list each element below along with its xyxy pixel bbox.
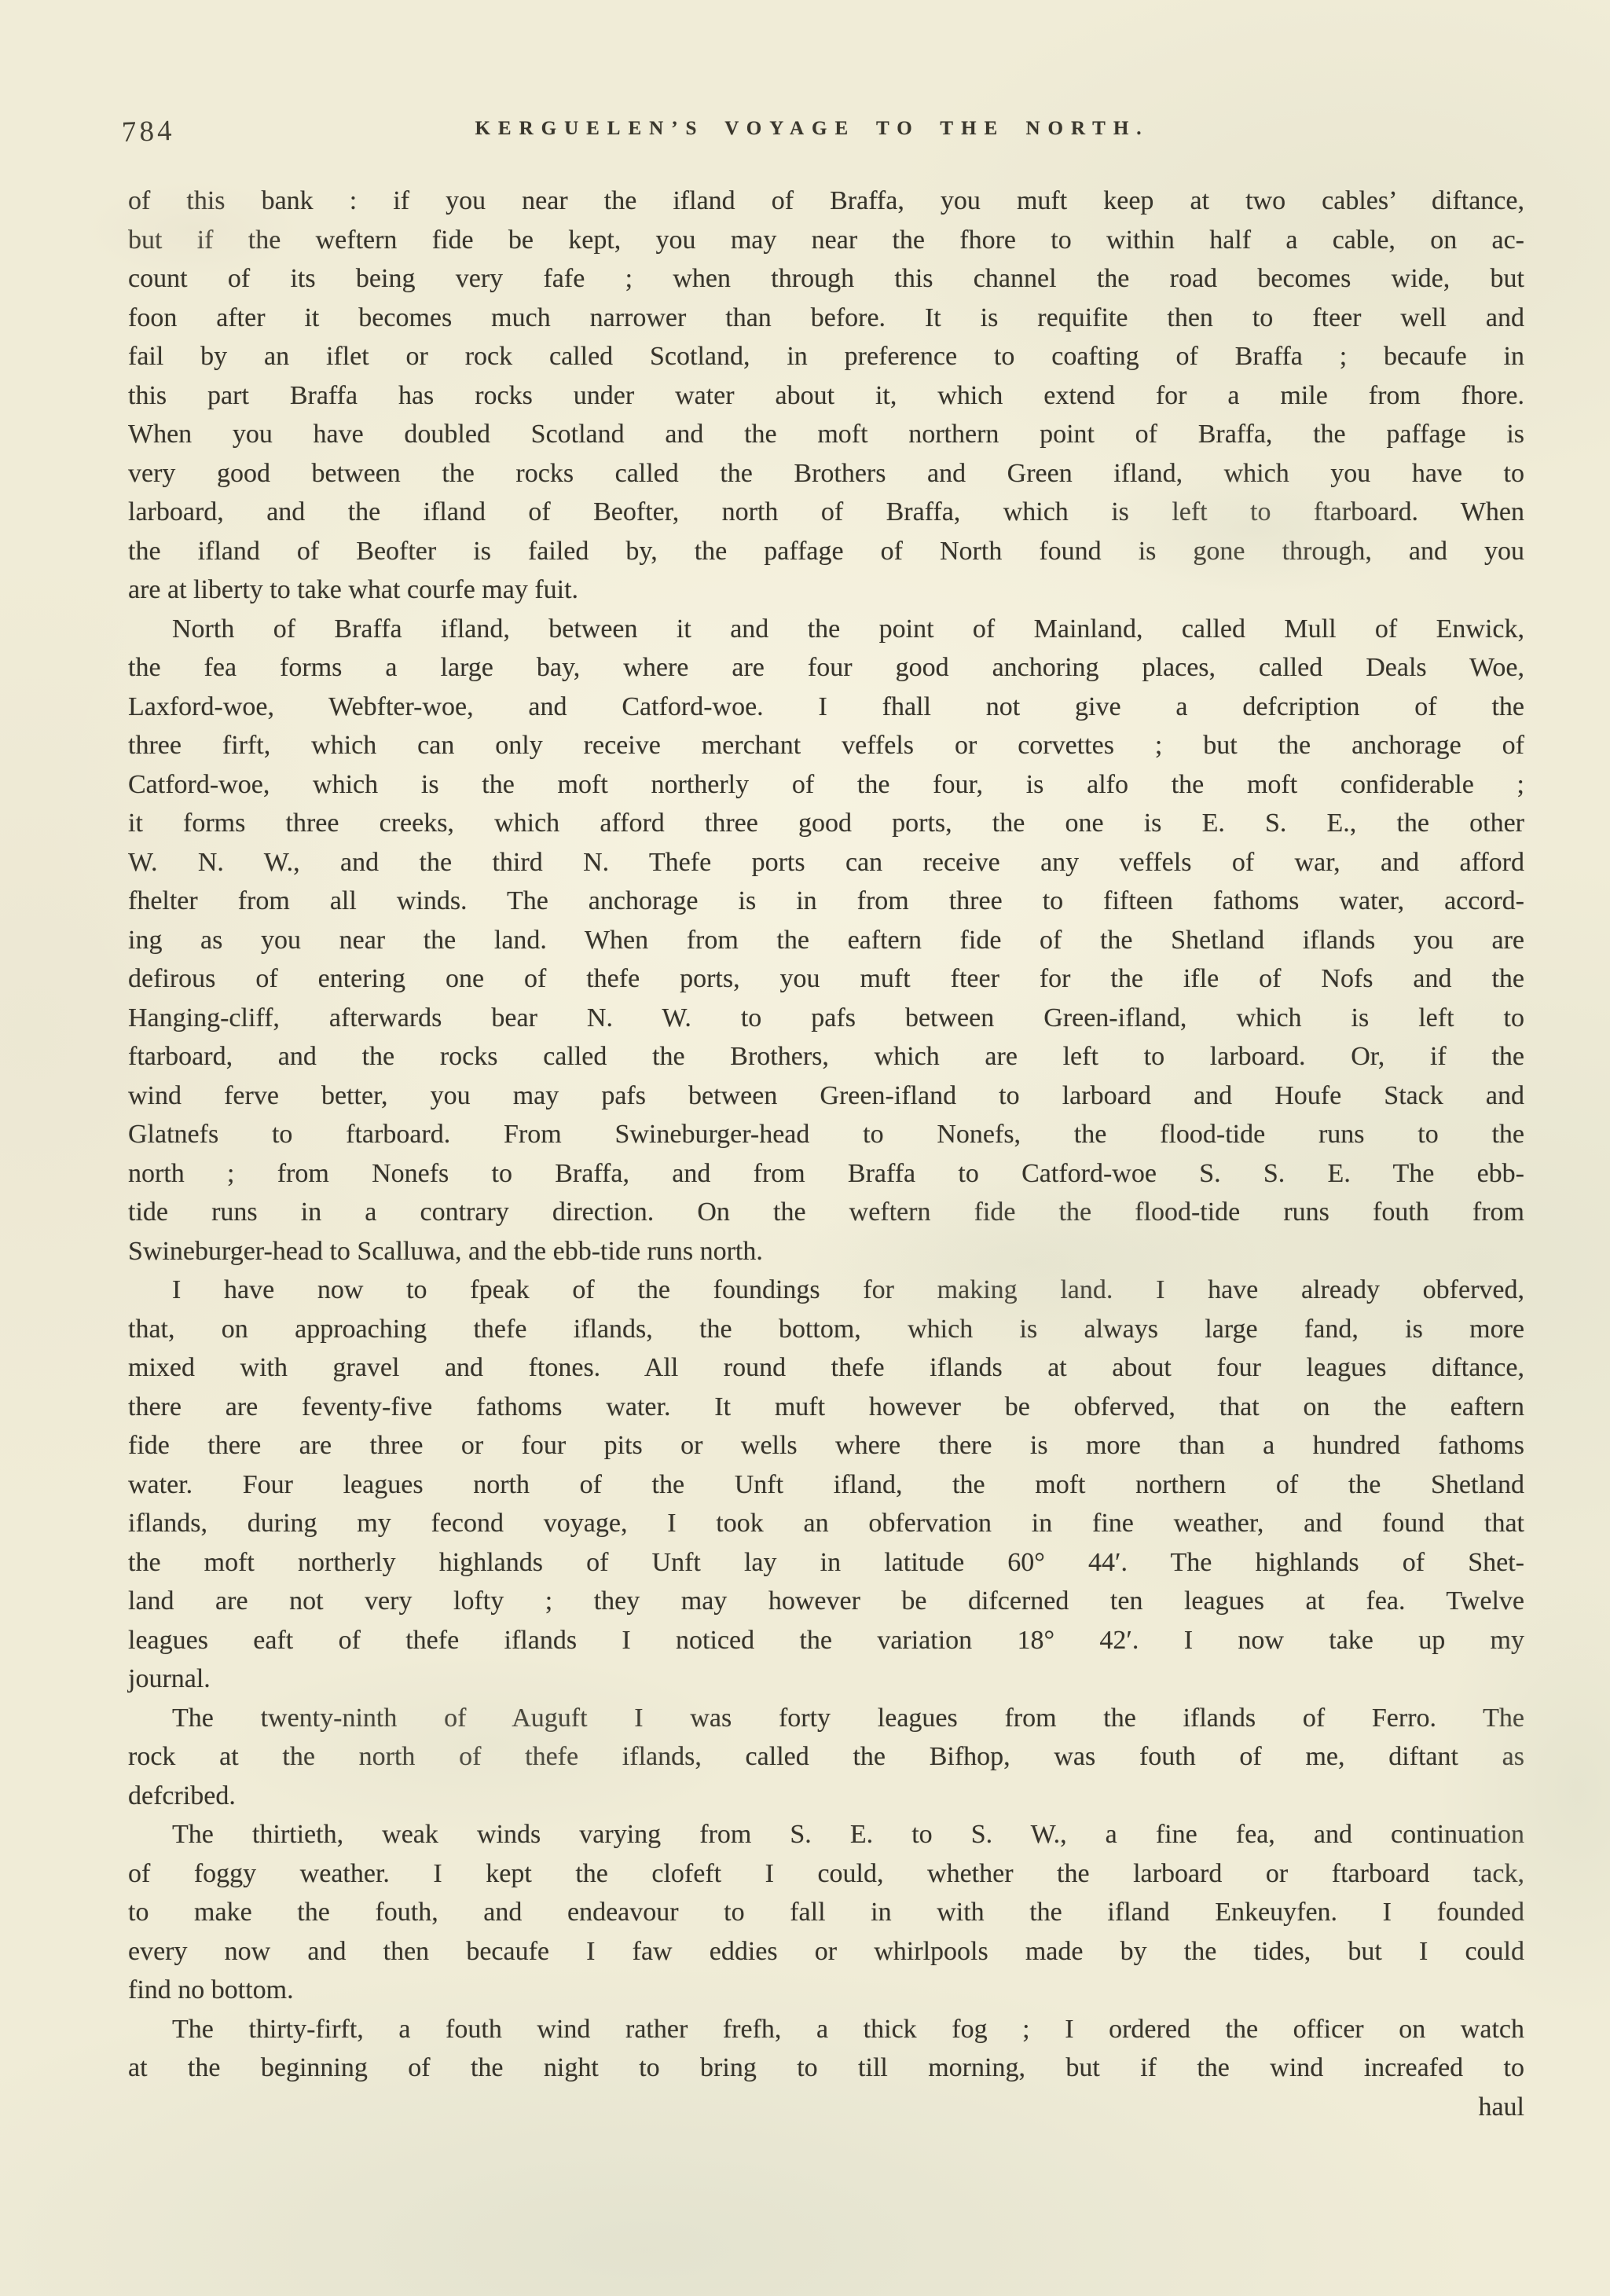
text-line: W. N. W., and the third N. Thefe ports c… bbox=[128, 843, 1524, 882]
text-line: every now and then becaufe I faw eddies … bbox=[128, 1932, 1524, 1971]
text-line: rock at the north of thefe iflands, call… bbox=[128, 1737, 1524, 1777]
paragraphs-container: of this bank : if you near the ifland of… bbox=[128, 182, 1524, 2088]
text-line: of this bank : if you near the ifland of… bbox=[128, 182, 1524, 221]
text-line: the fea forms a large bay, where are fou… bbox=[128, 648, 1524, 688]
text-line: foon after it becomes much narrower than… bbox=[128, 299, 1524, 338]
page-header: 784 KERGUELEN’S VOYAGE TO THE NORTH. bbox=[128, 110, 1524, 154]
text-line: wind ferve better, you may pafs between … bbox=[128, 1076, 1524, 1116]
paragraph: The twenty-ninth of Auguft I was forty l… bbox=[128, 1699, 1524, 1816]
text-line: to make the fouth, and endeavour to fall… bbox=[128, 1893, 1524, 1932]
text-line: ing as you near the land. When from the … bbox=[128, 921, 1524, 960]
running-title: KERGUELEN’S VOYAGE TO THE NORTH. bbox=[114, 118, 1510, 140]
text-line: larboard, and the ifland of Beofter, nor… bbox=[128, 493, 1524, 532]
text-line: of foggy weather. I kept the clofeft I c… bbox=[128, 1854, 1524, 1894]
text-line: north ; from Nonefs to Braffa, and from … bbox=[128, 1154, 1524, 1194]
text-line: The thirty-firft, a fouth wind rather fr… bbox=[128, 2010, 1524, 2049]
catchword: haul bbox=[1478, 2092, 1524, 2122]
text-line: land are not very lofty ; they may howev… bbox=[128, 1582, 1524, 1621]
text-line: there are feventy-five fathoms water. It… bbox=[128, 1388, 1524, 1427]
text-line: mixed with gravel and ftones. All round … bbox=[128, 1348, 1524, 1388]
text-line: find no bottom. bbox=[128, 1971, 1524, 2010]
text-line: fhelter from all winds. The anchorage is… bbox=[128, 882, 1524, 921]
text-line: count of its being very fafe ; when thro… bbox=[128, 259, 1524, 299]
text-line: ftarboard, and the rocks called the Brot… bbox=[128, 1037, 1524, 1076]
text-line: defirous of entering one of thefe ports,… bbox=[128, 959, 1524, 999]
text-line: leagues eaft of thefe iflands I noticed … bbox=[128, 1621, 1524, 1660]
text-line: journal. bbox=[128, 1660, 1524, 1699]
paragraph: I have now to fpeak of the foundings for… bbox=[128, 1271, 1524, 1699]
text-line: Swineburger-head to Scalluwa, and the eb… bbox=[128, 1232, 1524, 1271]
text-line: tide runs in a contrary direction. On th… bbox=[128, 1193, 1524, 1232]
text-line: Glatnefs to ftarboard. From Swineburger-… bbox=[128, 1115, 1524, 1154]
text-line: the ifland of Beofter is failed by, the … bbox=[128, 532, 1524, 571]
catchword-line: haul bbox=[128, 2088, 1524, 2127]
paragraph: North of Braffa ifland, between it and t… bbox=[128, 610, 1524, 1271]
text-line: but if the weftern fide be kept, you may… bbox=[128, 221, 1524, 260]
text-line: this part Braffa has rocks under water a… bbox=[128, 376, 1524, 416]
page-body: of this bank : if you near the ifland of… bbox=[128, 182, 1524, 2126]
text-line: North of Braffa ifland, between it and t… bbox=[128, 610, 1524, 649]
text-line: iflands, during my fecond voyage, I took… bbox=[128, 1504, 1524, 1543]
paragraph: of this bank : if you near the ifland of… bbox=[128, 182, 1524, 610]
text-line: three firft, which can only receive merc… bbox=[128, 726, 1524, 765]
text-line: it forms three creeks, which afford thre… bbox=[128, 804, 1524, 843]
text-line: I have now to fpeak of the foundings for… bbox=[128, 1271, 1524, 1310]
text-line: the moft northerly highlands of Unft lay… bbox=[128, 1543, 1524, 1583]
book-page: 784 KERGUELEN’S VOYAGE TO THE NORTH. of … bbox=[0, 0, 1610, 2296]
text-line: at the beginning of the night to bring t… bbox=[128, 2048, 1524, 2088]
text-line: When you have doubled Scotland and the m… bbox=[128, 415, 1524, 454]
text-line: are at liberty to take what courfe may f… bbox=[128, 570, 1524, 610]
text-line: Laxford-woe, Webfter-woe, and Catford-wo… bbox=[128, 688, 1524, 727]
text-line: water. Four leagues north of the Unft if… bbox=[128, 1465, 1524, 1505]
text-line: fide there are three or four pits or wel… bbox=[128, 1426, 1524, 1465]
text-line: The thirtieth, weak winds varying from S… bbox=[128, 1815, 1524, 1854]
text-line: Catford-woe, which is the moft northerly… bbox=[128, 765, 1524, 805]
text-line: Hanging-cliff, afterwards bear N. W. to … bbox=[128, 999, 1524, 1038]
text-line: defcribed. bbox=[128, 1777, 1524, 1816]
text-line: very good between the rocks called the B… bbox=[128, 454, 1524, 493]
paragraph: The thirtieth, weak winds varying from S… bbox=[128, 1815, 1524, 2010]
text-line: The twenty-ninth of Auguft I was forty l… bbox=[128, 1699, 1524, 1738]
paragraph: The thirty-firft, a fouth wind rather fr… bbox=[128, 2010, 1524, 2088]
text-line: fail by an iflet or rock called Scotland… bbox=[128, 337, 1524, 376]
text-line: that, on approaching thefe iflands, the … bbox=[128, 1310, 1524, 1349]
